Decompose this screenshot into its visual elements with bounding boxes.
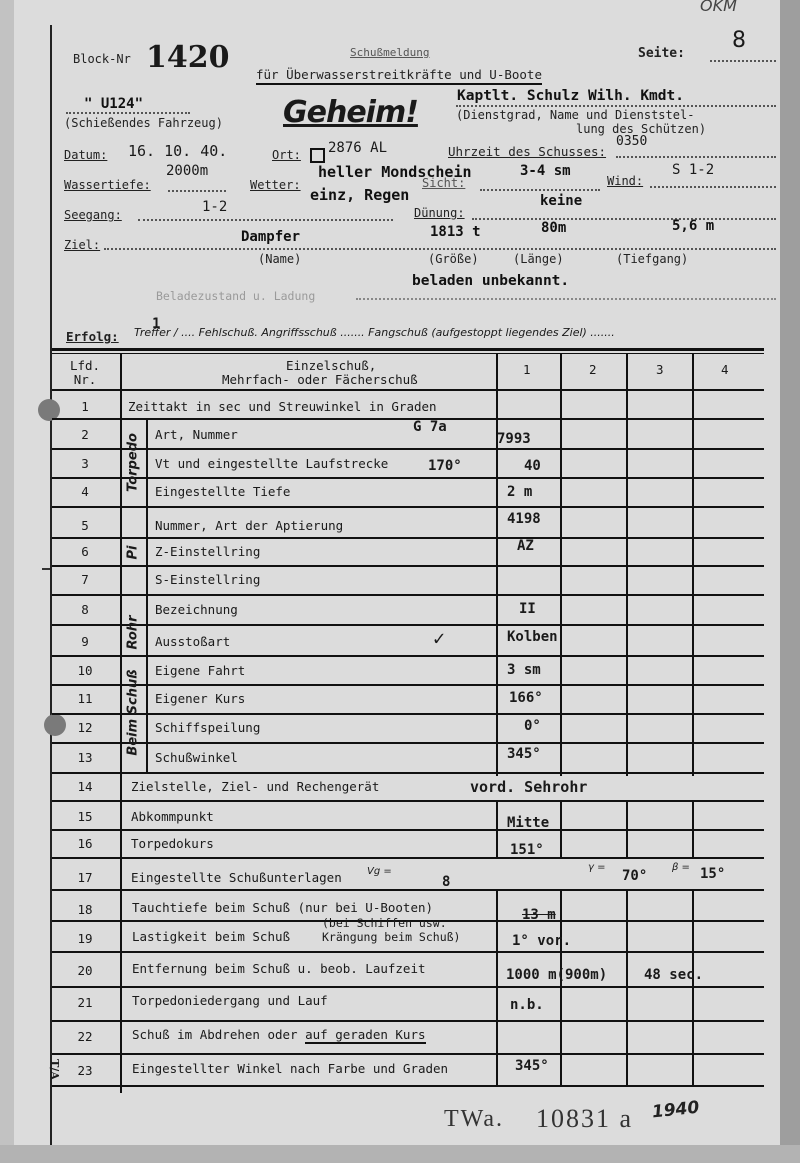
row-9-label: Ausstoßart [155, 634, 230, 649]
table-col-divider-nr [120, 353, 122, 1093]
checkmark-icon: ✓ [433, 626, 445, 650]
header-desc-1: Einzelschuß, [286, 358, 376, 373]
header-lfd-2: Nr. [52, 372, 118, 387]
header-col-1: 1 [523, 362, 531, 377]
row-20-label: Entfernung beim Schuß u. beob. Laufzeit [132, 961, 426, 976]
block-number: 1420 [146, 40, 230, 75]
scan-border-bottom [0, 1145, 800, 1163]
group-rohr: Rohr [126, 608, 141, 658]
wind-dots [650, 186, 776, 188]
row-17-vg-value: 8 [442, 874, 450, 890]
row-17-label: Eingestellte Schußunterlagen [131, 870, 342, 885]
row-3-label: Vt und eingestellte Laufstrecke [155, 456, 388, 471]
row-21-value: n.b. [510, 997, 544, 1013]
uhrzeit-label: Uhrzeit des Schusses: [448, 144, 606, 159]
group-pi: Pi [126, 538, 141, 568]
row-2-extra: G 7a [413, 419, 447, 435]
header-col-4: 4 [721, 362, 729, 377]
row-4-nr: 4 [52, 484, 118, 499]
row-21-label: Torpedoniedergang und Lauf [132, 993, 328, 1008]
row-line [52, 448, 764, 450]
beladung-value: beladen unbekannt. [412, 273, 569, 289]
ziel-groesse-value: 1813 t [430, 224, 481, 240]
row-19-value: 1° vor. [512, 933, 571, 949]
row-line [52, 1085, 764, 1087]
group-torpedo: Torpedo [126, 428, 141, 498]
row-17-gamma-value: 70° [622, 868, 647, 884]
row-23-value: 345° [515, 1058, 549, 1074]
row-20-value-3: 48 sec. [644, 967, 703, 983]
table-header-bottom [52, 389, 764, 391]
row-line [52, 594, 764, 596]
datum-value: 16. 10. 40. [128, 142, 227, 160]
row-17-gamma-label: γ = [588, 862, 605, 873]
row-17-nr: 17 [52, 870, 118, 885]
row-2-value: 7993 [497, 431, 531, 447]
row-17-beta-value: 15° [700, 866, 725, 882]
page-dots [710, 60, 776, 62]
row-12-label: Schiffspeilung [155, 720, 260, 735]
page-left-edge [0, 0, 14, 1163]
row-line [52, 1020, 764, 1022]
beladung-dots [356, 298, 776, 300]
secret-stamp: Geheim! [283, 95, 418, 130]
block-label: Block-Nr [73, 52, 131, 66]
sicht-dots [480, 189, 600, 191]
row-18-value: 13 m [522, 907, 556, 923]
row-1-nr: 1 [52, 399, 118, 414]
datum-label: Datum: [64, 148, 107, 162]
row-17-vg-label: Vg = [367, 866, 392, 877]
row-6-value: AZ [517, 538, 534, 554]
ort-label: Ort: [272, 148, 301, 162]
row-13-nr: 13 [52, 750, 118, 765]
row-line [52, 829, 764, 831]
row-3-extra: 170° [428, 458, 462, 474]
ziel-laenge-value: 80m [541, 220, 566, 236]
row-22-label: Schuß im Abdrehen oder auf geraden Kurs [132, 1027, 426, 1042]
row-1-label: Zeittakt in sec und Streuwinkel in Grade… [128, 399, 437, 414]
table-top-border [52, 348, 764, 351]
row-19-nr: 19 [52, 931, 118, 946]
row-line [52, 986, 764, 988]
commander-label-1: (Dienstgrad, Name und Dienststel- [456, 108, 694, 122]
row-15-nr: 15 [52, 809, 118, 824]
row-23-label: Eingestellter Winkel nach Farbe und Grad… [132, 1061, 448, 1076]
header-lfd-1: Lfd. [52, 358, 118, 373]
row-line [52, 684, 764, 686]
page-number: 8 [732, 28, 746, 53]
row-7-nr: 7 [52, 572, 118, 587]
row-line [52, 418, 764, 420]
ziel-name-value: Dampfer [241, 229, 300, 245]
row-8-nr: 8 [52, 602, 118, 617]
header-col-3: 3 [656, 362, 664, 377]
row-16-label: Torpedokurs [131, 836, 214, 851]
row-15-value: Mitte [507, 815, 549, 831]
row-line [52, 565, 764, 567]
ziel-name-label: (Name) [258, 252, 301, 266]
row-22-label-part1: Schuß im Abdrehen oder [132, 1027, 305, 1042]
row-line [52, 537, 764, 539]
sicht-value: 3-4 sm [520, 163, 571, 179]
row-14-label: Zielstelle, Ziel- und Rechengerät [131, 779, 379, 794]
row-line [52, 624, 764, 626]
seegang-dots [138, 219, 393, 221]
row-18-nr: 18 [52, 902, 118, 917]
row-20-value: 1000 m(900m) [506, 967, 607, 983]
row-6-label: Z-Einstellring [155, 544, 260, 559]
ziel-tiefgang-label: (Tiefgang) [616, 252, 688, 266]
row-line [52, 742, 764, 744]
row-11-nr: 11 [52, 691, 118, 706]
row-18-label: Tauchtiefe beim Schuß (nur bei U-Booten) [132, 900, 433, 915]
vessel-label: (Schießendes Fahrzeug) [64, 116, 223, 130]
row-4-value: 2 m [507, 484, 532, 500]
margin-tick [42, 568, 50, 570]
row-19-note-2: Krängung beim Schuß) [322, 930, 460, 944]
row-22-nr: 22 [52, 1029, 118, 1044]
page-label: Seite: [638, 46, 685, 61]
row-16-value: 151° [510, 842, 544, 858]
sicht-label: Sicht: [422, 176, 465, 190]
row-14-extra: vord. Sehrohr [470, 778, 587, 796]
row-12-nr: 12 [52, 720, 118, 735]
row-6-nr: 6 [52, 544, 118, 559]
row-15-label: Abkommpunkt [131, 809, 214, 824]
ziel-dots [104, 248, 776, 250]
archive-number: 10831 a [536, 1104, 633, 1134]
form-subtitle: für Überwasserstreitkräfte und U-Boote [256, 67, 542, 85]
row-line [52, 655, 764, 657]
row-line [52, 857, 764, 859]
beladung-label: Beladezustand u. Ladung [156, 289, 315, 303]
wassertiefe-dots [168, 190, 226, 192]
duenung-dots [472, 218, 776, 220]
row-line [52, 477, 764, 479]
margin-note: T/A [48, 1059, 61, 1080]
commander-dots [456, 105, 776, 107]
duenung-label: Dünung: [414, 206, 465, 220]
row-14-nr: 14 [52, 779, 118, 794]
row-10-nr: 10 [52, 663, 118, 678]
header-col-2: 2 [589, 362, 597, 377]
archive-prefix: TWa. [444, 1106, 504, 1133]
row-20-nr: 20 [52, 963, 118, 978]
row-12-value: 0° [524, 718, 541, 734]
row-2-label: Art, Nummer [155, 427, 238, 442]
wind-value: S 1-2 [672, 162, 714, 178]
row-8-value: II [519, 601, 536, 617]
vessel-value: " U124" [84, 96, 143, 112]
row-10-label: Eigene Fahrt [155, 663, 245, 678]
row-9-value: Kolben [507, 629, 558, 645]
group-beim-schuss: Beim Schuß [126, 668, 141, 758]
row-line [52, 889, 764, 891]
row-line [52, 506, 764, 508]
wetter-value-line2: einz, Regen [310, 186, 409, 204]
wetter-label: Wetter: [250, 178, 301, 192]
scan-border-right [780, 0, 800, 1163]
row-21-nr: 21 [52, 995, 118, 1010]
seegang-label: Seegang: [64, 208, 122, 222]
row-line [52, 772, 764, 774]
row-line [52, 800, 764, 802]
row-5-value: 4198 [507, 511, 541, 527]
header-desc-2: Mehrfach- oder Fächerschuß [222, 372, 418, 387]
uhrzeit-value: 0350 [616, 134, 647, 149]
grid-square-icon [310, 148, 325, 163]
row-line [52, 1053, 764, 1055]
wind-label: Wind: [607, 174, 643, 188]
row-5-nr: 5 [52, 518, 118, 533]
commander-value: Kaptlt. Schulz Wilh. Kmdt. [457, 88, 684, 104]
row-7-label: S-Einstellring [155, 572, 260, 587]
wassertiefe-label: Wassertiefe: [64, 178, 151, 192]
ziel-groesse-label: (Größe) [428, 252, 479, 266]
row-19-note-1: (bei Schiffen usw. [322, 916, 447, 930]
row-8-label: Bezeichnung [155, 602, 238, 617]
erfolg-text: Treffer / .... Fehlschuß. Angriffsschuß … [134, 326, 615, 339]
seegang-value: 1-2 [202, 199, 227, 215]
row-5-label: Nummer, Art der Aptierung [155, 518, 343, 533]
ziel-laenge-label: (Länge) [513, 252, 564, 266]
erfolg-label: Erfolg: [66, 329, 119, 344]
row-3-value: 40 [524, 458, 541, 474]
row-16-nr: 16 [52, 836, 118, 851]
row-line [52, 951, 764, 953]
row-11-label: Eigener Kurs [155, 691, 245, 706]
row-22-label-underlined: auf geraden Kurs [305, 1027, 425, 1044]
row-17-beta-label: β = [672, 862, 690, 873]
form-title: Schußmeldung [350, 46, 429, 59]
ziel-tiefgang-value: 5,6 m [672, 218, 714, 234]
wassertiefe-value: 2000m [166, 163, 208, 179]
ort-value: 2876 AL [328, 140, 387, 156]
vessel-dots [66, 112, 190, 114]
row-13-value: 345° [507, 746, 541, 762]
row-9-nr: 9 [52, 634, 118, 649]
row-10-value: 3 sm [507, 662, 541, 678]
row-line [52, 713, 764, 715]
table-top-border-inner [52, 353, 764, 354]
ziel-label: Ziel: [64, 238, 100, 252]
row-19-label: Lastigkeit beim Schuß [132, 929, 290, 944]
row-11-value: 166° [509, 690, 543, 706]
row-4-label: Eingestellte Tiefe [155, 484, 290, 499]
corner-annotation: OKM [700, 0, 737, 15]
uhrzeit-dots [616, 156, 776, 158]
row-3-nr: 3 [52, 456, 118, 471]
duenung-value: keine [540, 193, 582, 209]
row-2-nr: 2 [52, 427, 118, 442]
row-23-nr: 23 [52, 1063, 118, 1078]
row-13-label: Schußwinkel [155, 750, 238, 765]
